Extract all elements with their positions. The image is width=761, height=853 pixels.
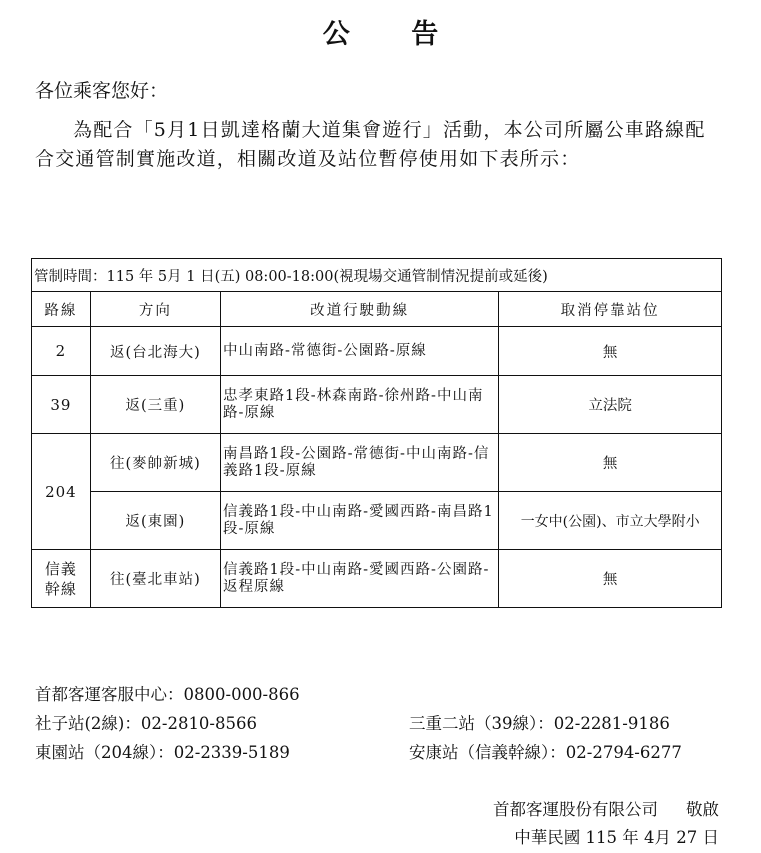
route-cell: 2 <box>32 327 91 376</box>
detour-cell: 南昌路1段-公園路-常德街-中山南路-信義路1段-原線 <box>221 434 499 492</box>
station-phone-ankang: 安康站（信義幹線）：02-2794-6277 <box>409 739 682 763</box>
station-phone-dongyuan: 東園站（204線）：02-2339-5189 <box>35 739 290 763</box>
intro-text: 為配合「5月1日凱達格蘭大道集會遊行」活動，本公司所屬公車路線配合交通管制實施改… <box>35 119 706 170</box>
direction-cell: 往(臺北車站) <box>90 550 220 608</box>
header-route: 路線 <box>32 292 91 327</box>
route-cell: 204 <box>32 434 91 550</box>
table-header: 路線 方向 改道行駛動線 取消停靠站位 <box>32 292 722 327</box>
intro-paragraph: 為配合「5月1日凱達格蘭大道集會遊行」活動，本公司所屬公車路線配合交通管制實施改… <box>35 116 725 174</box>
control-time-row: 管制時間：115 年 5月 1 日(五) 08:00-18:00(視現場交通管制… <box>32 259 722 292</box>
station-phone-shezi: 社子站(2線)：02-2810-8566 <box>35 710 257 734</box>
greeting: 各位乘客您好： <box>35 76 168 103</box>
cancelled-stops-cell: 一女中(公園)、市立大學附小 <box>499 492 722 550</box>
header-direction: 方向 <box>90 292 220 327</box>
signoff: 首都客運股份有限公司敬啟 中華民國 115 年 4月 27 日 <box>493 796 719 852</box>
company-name: 首都客運股份有限公司 <box>493 800 658 819</box>
direction-cell: 往(麥帥新城) <box>90 434 220 492</box>
route-cell: 信義幹線 <box>32 550 91 608</box>
cancelled-stops-cell: 無 <box>499 434 722 492</box>
detour-cell: 信義路1段-中山南路-愛國西路-公園路-返程原線 <box>221 550 499 608</box>
detour-cell: 信義路1段-中山南路-愛國西路-南昌路1段-原線 <box>221 492 499 550</box>
detour-cell: 忠孝東路1段-林森南路-徐州路-中山南路-原線 <box>221 376 499 434</box>
direction-cell: 返(東園) <box>90 492 220 550</box>
direction-cell: 返(三重) <box>90 376 220 434</box>
signoff-date: 中華民國 115 年 4月 27 日 <box>493 824 719 852</box>
detour-cell: 中山南路-常德街-公園路-原線 <box>221 327 499 376</box>
route-cell: 39 <box>32 376 91 434</box>
table-row: 204 往(麥帥新城) 南昌路1段-公園路-常德街-中山南路-信義路1段-原線 … <box>32 434 722 492</box>
table-row: 2 返(台北海大) 中山南路-常德街-公園路-原線 無 <box>32 327 722 376</box>
notice-title: 公 告 <box>0 12 761 51</box>
control-time: 管制時間：115 年 5月 1 日(五) 08:00-18:00(視現場交通管制… <box>32 259 722 292</box>
service-center-phone: 首都客運客服中心：0800-000-866 <box>35 681 300 705</box>
table-row: 39 返(三重) 忠孝東路1段-林森南路-徐州路-中山南路-原線 立法院 <box>32 376 722 434</box>
signoff-company-line: 首都客運股份有限公司敬啟 <box>493 796 719 824</box>
header-cancelled-stops: 取消停靠站位 <box>499 292 722 327</box>
closing: 敬啟 <box>686 800 719 819</box>
cancelled-stops-cell: 無 <box>499 550 722 608</box>
station-phone-sanchong: 三重二站（39線）：02-2281-9186 <box>409 710 670 734</box>
header-detour: 改道行駛動線 <box>221 292 499 327</box>
cancelled-stops-cell: 立法院 <box>499 376 722 434</box>
direction-cell: 返(台北海大) <box>90 327 220 376</box>
cancelled-stops-cell: 無 <box>499 327 722 376</box>
detour-table: 管制時間：115 年 5月 1 日(五) 08:00-18:00(視現場交通管制… <box>31 258 722 608</box>
table-row: 信義幹線 往(臺北車站) 信義路1段-中山南路-愛國西路-公園路-返程原線 無 <box>32 550 722 608</box>
table-row: 返(東園) 信義路1段-中山南路-愛國西路-南昌路1段-原線 一女中(公園)、市… <box>32 492 722 550</box>
